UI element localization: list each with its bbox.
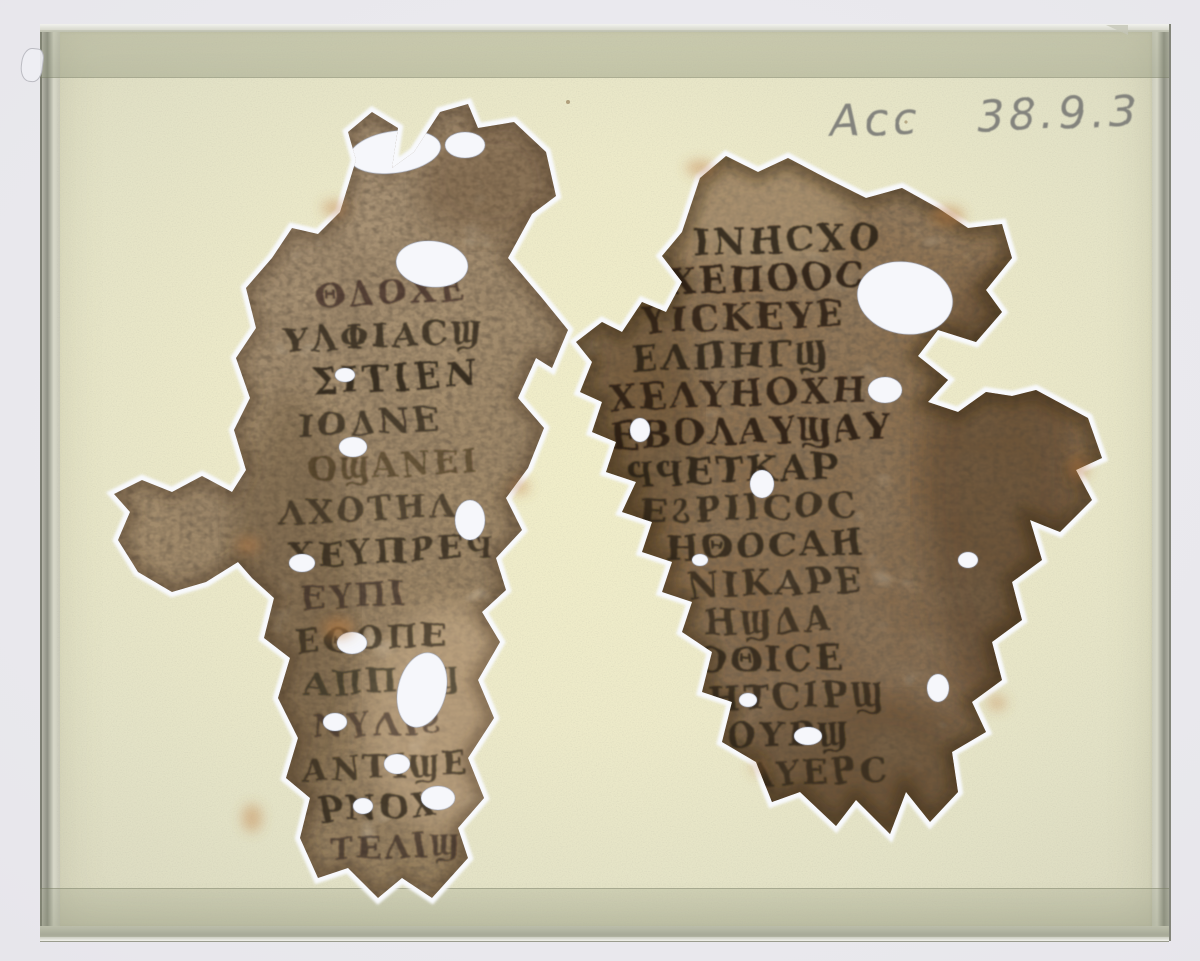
- hole: [421, 786, 455, 810]
- photo-backdrop: ΘΔΟΧΕ ΥΛΦΙΑϹϢ ΣΙΤΙΕΝ ΙΟΔΝΕ ΟϢΑΝΕΙ ΛΧΟΤΗΛ…: [0, 0, 1200, 961]
- hole: [289, 554, 315, 572]
- script-line: ΟΥΡϢ: [726, 712, 852, 757]
- stain: [322, 618, 354, 638]
- stain: [1068, 456, 1088, 480]
- hole: [445, 132, 485, 158]
- stain: [511, 480, 529, 494]
- hole: [868, 377, 902, 403]
- hole: [750, 470, 774, 498]
- hole: [339, 437, 367, 457]
- mounted-fragments-photo: ΘΔΟΧΕ ΥΛΦΙΑϹϢ ΣΙΤΙΕΝ ΙΟΔΝΕ ΟϢΑΝΕΙ ΛΧΟΤΗΛ…: [0, 0, 1200, 961]
- script-line: ΗΤϹΙΡϢ: [706, 673, 885, 720]
- hole: [455, 500, 485, 540]
- stain: [750, 762, 766, 774]
- script-line: ΙΟΔΝΕ: [297, 400, 443, 447]
- hole: [323, 713, 347, 731]
- hole: [630, 418, 650, 442]
- hole: [335, 368, 355, 382]
- stain: [242, 804, 262, 832]
- hole: [794, 727, 822, 745]
- stain: [932, 207, 964, 225]
- hole: [927, 674, 949, 702]
- stain: [236, 537, 260, 553]
- stain: [322, 201, 346, 215]
- hole: [692, 554, 708, 566]
- script-line: ΕΥΠΙ: [300, 574, 409, 619]
- script-line: ΤΕΛΙϢ: [329, 824, 462, 869]
- script-line: ΝΙΚΑΡΕ: [686, 560, 864, 607]
- mat-speck: [566, 100, 570, 104]
- stain: [686, 161, 714, 175]
- script-line: ΡΝΟΧ: [317, 784, 440, 829]
- stain: [988, 696, 1006, 710]
- hole: [739, 693, 757, 707]
- hole: [958, 552, 978, 568]
- hole: [384, 754, 410, 774]
- hole: [353, 798, 373, 814]
